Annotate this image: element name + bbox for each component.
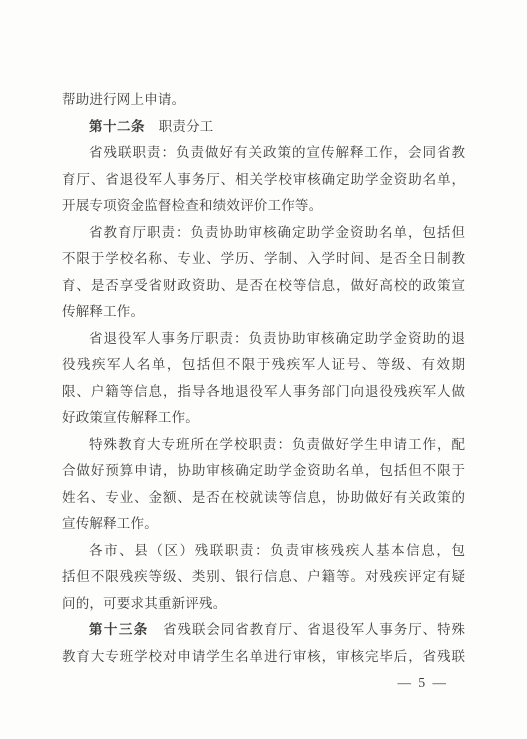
page-number: — 5 — [62, 670, 465, 697]
text-line: 限、户籍等信息，指导各地退役军人事务部门向退役残疾军人做 [62, 379, 465, 406]
document-body: 帮助进行网上申请。第十二条 职责分工省残联职责：负责做好有关政策的宣传解释工作，… [62, 87, 465, 670]
text-line: 育厅、省退役军人事务厅、相关学校审核确定助学金资助名单， [62, 167, 465, 194]
text-line: 省教育厅职责：负责协助审核确定助学金资助名单，包括但 [62, 220, 465, 247]
text-line: 第十三条 省残联会同省教育厅、省退役军人事务厅、特殊 [62, 617, 465, 644]
text-line: 不限于学校名称、专业、学历、学制、入学时间、是否全日制教 [62, 246, 465, 273]
text-line: 役残疾军人名单，包括但不限于残疾军人证号、等级、有效期 [62, 352, 465, 379]
document-page: 帮助进行网上申请。第十二条 职责分工省残联职责：负责做好有关政策的宣传解释工作，… [0, 0, 527, 739]
text-line: 特殊教育大专班所在学校职责：负责做好学生申请工作，配 [62, 432, 465, 459]
text-line: 问的，可要求其重新评残。 [62, 591, 465, 618]
text-line: 括但不限残疾等级、类别、银行信息、户籍等。对残疾评定有疑 [62, 564, 465, 591]
text-line: 姓名、专业、金额、是否在校就读等信息，协助做好有关政策的 [62, 485, 465, 512]
text-line: 开展专项资金监督检查和绩效评价工作等。 [62, 193, 465, 220]
text-line: 好政策宣传解释工作。 [62, 405, 465, 432]
text-line: 传解释工作。 [62, 299, 465, 326]
article-number-heading: 第十二条 [89, 119, 145, 134]
text-line: 宣传解释工作。 [62, 511, 465, 538]
text-line: 各市、县（区）残联职责：负责审核残疾人基本信息，包 [62, 538, 465, 565]
text-line: 育、是否享受省财政资助、是否在校等信息，做好高校的政策宣 [62, 273, 465, 300]
text-line: 教育大专班学校对申请学生名单进行审核，审核完毕后，省残联 [62, 644, 465, 671]
text-line: 省退役军人事务厅职责：负责协助审核确定助学金资助的退 [62, 326, 465, 353]
text-line: 合做好预算申请，协助审核确定助学金资助名单，包括但不限于 [62, 458, 465, 485]
text-line: 省残联职责：负责做好有关政策的宣传解释工作，会同省教 [62, 140, 465, 167]
text-line: 帮助进行网上申请。 [62, 87, 465, 114]
text-line: 第十二条 职责分工 [62, 114, 465, 141]
article-number-heading: 第十三条 [89, 622, 149, 637]
